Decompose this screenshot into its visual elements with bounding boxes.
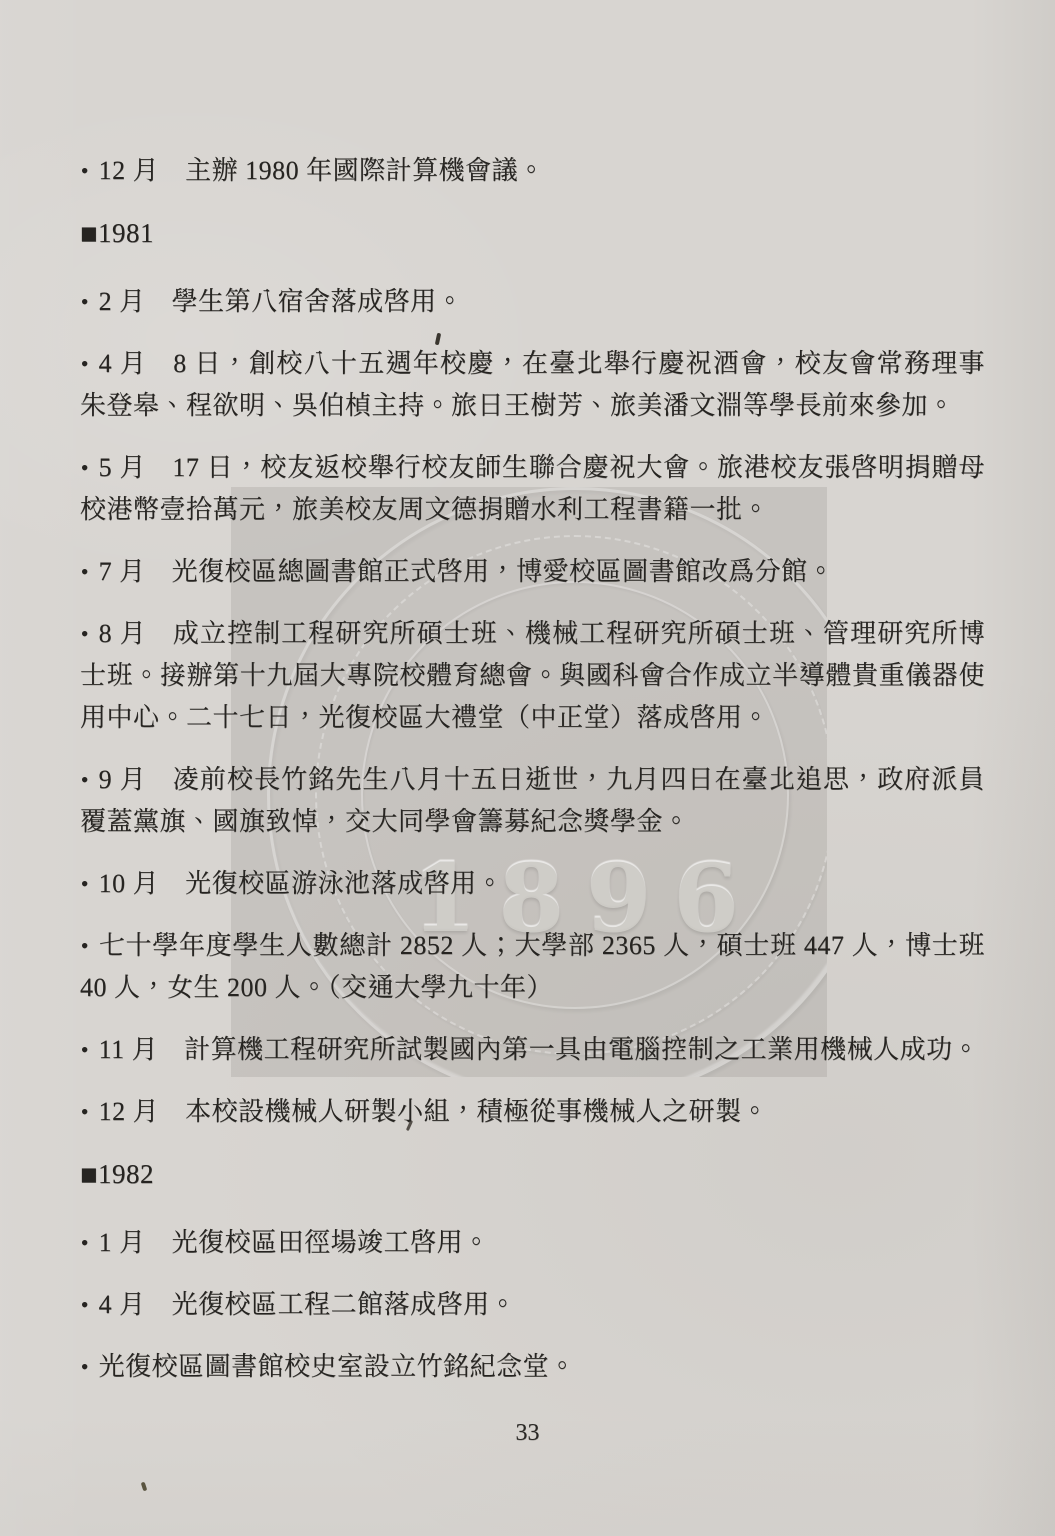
entry-text: 光復校區游泳池落成啓用。 [185, 869, 503, 898]
bullet-icon: • [81, 928, 89, 964]
entry-text: 七十學年度學生人數總計 2852 人；大學部 2365 人，碩士班 447 人，… [80, 931, 985, 1002]
entry-text: 光復校區工程二館落成啓用。 [172, 1290, 517, 1319]
bullet-icon: • [81, 554, 89, 590]
scanned-document-page: 1896 •12 月主辦 1980 年國際計算機會議。 ■1981 •2 月學生… [0, 0, 1055, 1536]
month-label: 12 月 [99, 1097, 160, 1126]
entry-text: 光復校區田徑場竣工啓用。 [172, 1228, 490, 1257]
month-label: 7 月 [99, 557, 146, 586]
chronicle-text-column: •12 月主辦 1980 年國際計算機會議。 ■1981 •2 月學生第八宿舍落… [0, 0, 1055, 1388]
year-marker-icon: ■ [80, 1159, 98, 1191]
entry-text: 凌前校長竹銘先生八月十五日逝世，九月四日在臺北追思，政府派員覆蓋黨旗、國旗致悼，… [80, 765, 985, 836]
month-label: 10 月 [99, 869, 160, 898]
year-label: 1981 [98, 218, 154, 248]
month-label: 4 月 [99, 1290, 146, 1319]
timeline-entry: •8 月成立控制工程研究所碩士班、機械工程研究所碩士班、管理研究所博士班。接辦第… [80, 613, 985, 739]
bullet-icon: • [81, 866, 89, 902]
year-section-header-1982: ■1982 [80, 1153, 985, 1196]
timeline-entry: •5 月17 日，校友返校舉行校友師生聯合慶祝大會。旅港校友張啓明捐贈母校港幣壹… [80, 447, 985, 531]
month-label: 5 月 [99, 453, 147, 482]
timeline-entry: •12 月本校設機械人研製小組，積極從事機械人之研製。 [80, 1091, 985, 1133]
timeline-entry: •1 月光復校區田徑場竣工啓用。 [80, 1222, 985, 1264]
entry-text: 光復校區圖書館校史室設立竹銘紀念堂。 [99, 1352, 576, 1381]
bullet-icon: • [81, 1032, 89, 1068]
timeline-entry: •4 月光復校區工程二館落成啓用。 [80, 1284, 985, 1326]
month-label: 1 月 [99, 1228, 146, 1257]
entry-text: 本校設機械人研製小組，積極從事機械人之研製。 [185, 1097, 768, 1126]
timeline-entry: •9 月凌前校長竹銘先生八月十五日逝世，九月四日在臺北追思，政府派員覆蓋黨旗、國… [80, 759, 985, 843]
timeline-entry: •10 月光復校區游泳池落成啓用。 [80, 863, 985, 905]
bullet-icon: • [81, 1225, 89, 1261]
timeline-entry: •光復校區圖書館校史室設立竹銘紀念堂。 [80, 1346, 985, 1388]
bullet-icon: • [81, 284, 89, 320]
page-number: 33 [0, 1420, 1055, 1447]
month-label: 9 月 [99, 765, 147, 794]
entry-text: 光復校區總圖書館正式啓用，博愛校區圖書館改爲分館。 [172, 557, 835, 586]
year-section-header-1981: ■1981 [80, 212, 985, 255]
timeline-entry: •7 月光復校區總圖書館正式啓用，博愛校區圖書館改爲分館。 [80, 551, 985, 593]
entry-text: 主辦 1980 年國際計算機會議。 [185, 156, 545, 185]
entry-text: 8 日，創校八十五週年校慶，在臺北舉行慶祝酒會，校友會常務理事朱登皋、程欲明、吳… [80, 349, 985, 420]
timeline-entry: •2 月學生第八宿舍落成啓用。 [80, 281, 985, 323]
bullet-icon: • [81, 1349, 89, 1385]
bullet-icon: • [81, 762, 89, 798]
timeline-entry: •七十學年度學生人數總計 2852 人；大學部 2365 人，碩士班 447 人… [80, 925, 985, 1009]
timeline-entry: •11 月計算機工程研究所試製國內第一具由電腦控制之工業用機械人成功。 [80, 1029, 985, 1071]
scan-speck [141, 1482, 148, 1492]
bullet-icon: • [81, 616, 89, 652]
bullet-icon: • [81, 450, 89, 486]
entry-text: 計算機工程研究所試製國內第一具由電腦控制之工業用機械人成功。 [184, 1035, 979, 1064]
bullet-icon: • [81, 1094, 89, 1130]
year-marker-icon: ■ [80, 218, 98, 250]
year-label: 1982 [98, 1159, 154, 1189]
bullet-icon: • [81, 1287, 89, 1323]
bullet-icon: • [81, 153, 89, 189]
timeline-entry: •12 月主辦 1980 年國際計算機會議。 [80, 150, 985, 192]
entry-text: 成立控制工程研究所碩士班、機械工程研究所碩士班、管理研究所博士班。接辦第十九屆大… [80, 619, 985, 732]
month-label: 12 月 [99, 156, 160, 185]
month-label: 8 月 [99, 619, 147, 648]
entry-text: 學生第八宿舍落成啓用。 [172, 287, 464, 316]
month-label: 11 月 [99, 1035, 159, 1064]
month-label: 4 月 [99, 349, 148, 378]
bullet-icon: • [81, 346, 89, 382]
timeline-entry: •4 月8 日，創校八十五週年校慶，在臺北舉行慶祝酒會，校友會常務理事朱登皋、程… [80, 343, 985, 427]
entry-text: 17 日，校友返校舉行校友師生聯合慶祝大會。旅港校友張啓明捐贈母校港幣壹拾萬元，… [80, 453, 985, 524]
month-label: 2 月 [99, 287, 146, 316]
